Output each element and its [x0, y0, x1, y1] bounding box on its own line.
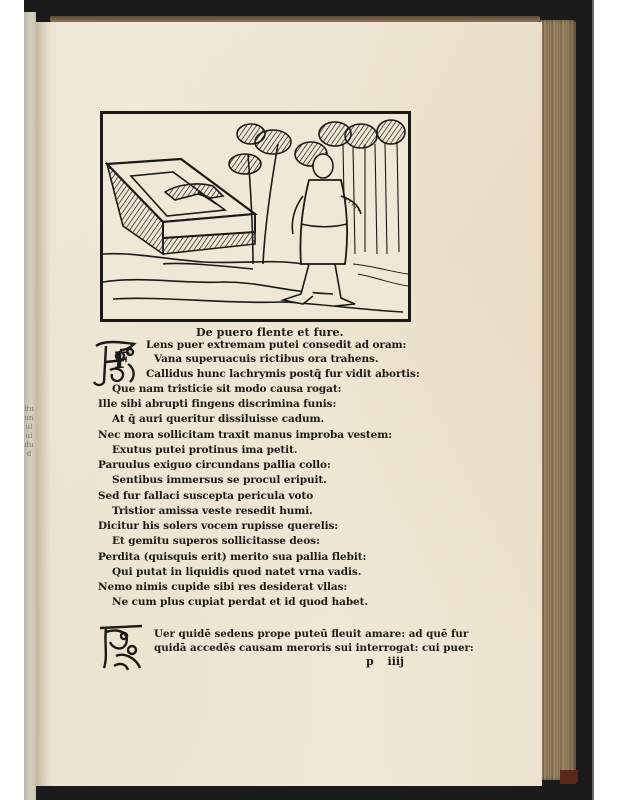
- verse-line: Vana superuacuis rictibus ora trahens.: [154, 352, 378, 366]
- verse-line: Ne cum plus cupiat perdat et id quod hab…: [112, 595, 368, 609]
- verse-line: Ille sibi abrupti fingens discrimina fun…: [98, 397, 336, 411]
- verse-line: Paruulus exiguo circundans pallia collo:: [98, 458, 331, 472]
- facing-page-text-fragment: ituunuluidud: [24, 405, 34, 459]
- verse-line: Sed fur fallaci suscepta pericula voto: [98, 489, 313, 503]
- verse-line: Qui putat in liquidis quod natet vrna va…: [112, 565, 361, 579]
- book-cover-corner: [560, 770, 578, 784]
- svg-text:F: F: [114, 348, 130, 374]
- prose-paragraph: Uer quidē sedens prope puteū fleuit amar…: [154, 627, 424, 655]
- page-gutter-shadow: [36, 22, 50, 786]
- verse-line: Que nam tristicie sit modo causa rogat:: [112, 382, 341, 396]
- woodcut-scene: [103, 114, 408, 319]
- well-icon: [107, 159, 255, 254]
- verse-line: At q̃ auri queritur dissiluisse cadum.: [112, 412, 324, 426]
- verse-line: Callidus hunc lachrymis postq̃ fur vidit…: [146, 367, 420, 381]
- verse-line: Et gemitu superos sollicitasse deos:: [112, 534, 320, 548]
- thief-figure-icon: [283, 154, 361, 306]
- ornamental-letter-icon: F: [90, 338, 142, 388]
- verse-line: Nemo nimis cupide sibi res desiderat vll…: [98, 580, 347, 594]
- decorated-initial-f: F: [90, 338, 142, 388]
- decorated-initial-p: [96, 622, 146, 672]
- verse-line: Sentibus immersus se procul eripuit.: [112, 473, 327, 487]
- prose-line: quidā accedēs causam meroris sui interro…: [154, 641, 424, 655]
- verse-line: Perdita (quisquis erit) merito sua palli…: [98, 550, 366, 564]
- verse-line: Lens puer extremam putei consedit ad ora…: [146, 338, 406, 352]
- woodcut-illustration: [100, 111, 411, 322]
- verse-line: Exutus putei protinus ima petit.: [112, 443, 297, 457]
- scan-backdrop-edge: [592, 0, 594, 800]
- verse-line: Nec mora sollicitam traxit manus improba…: [98, 428, 392, 442]
- prose-line: Uer quidē sedens prope puteū fleuit amar…: [154, 627, 424, 641]
- page-signature: p iiij: [366, 655, 404, 668]
- verse-line: Tristior amissa veste resedit humi.: [112, 504, 313, 518]
- book-fore-edge: [540, 20, 576, 780]
- ornamental-letter-icon: [96, 622, 146, 672]
- verse-line: Dicitur his solers vocem rupisse quereli…: [98, 519, 338, 533]
